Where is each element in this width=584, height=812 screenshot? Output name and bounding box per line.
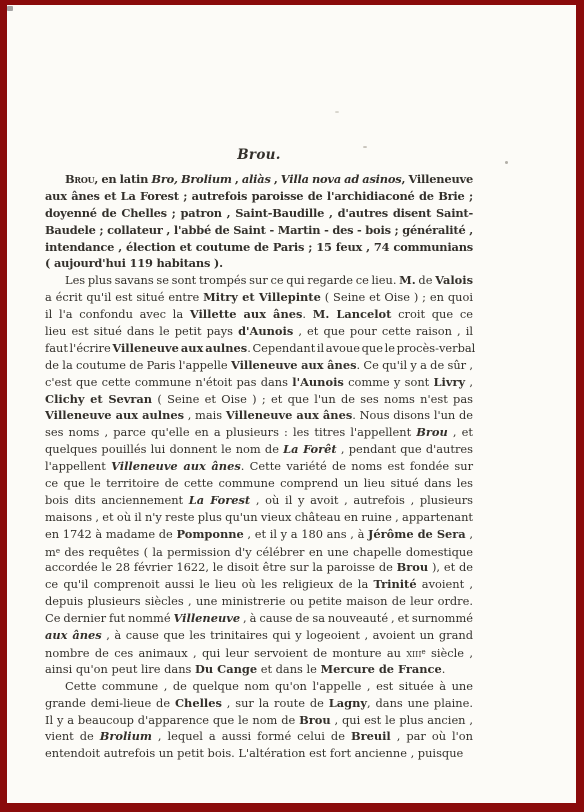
page-content: Brou. Brou, en latin Bro, Brolium , alià… (45, 147, 473, 762)
text-line: bois dits anciennement La Forest , où il… (45, 492, 473, 509)
text-line: ce qu'il comprenoit aussi le lieu où les… (45, 576, 473, 593)
text-line: vient de Brolium , lequel a aussi formé … (45, 728, 473, 745)
text-line: faut l'écrire Villeneuve aux aulnes. Cep… (45, 340, 473, 357)
text-line: aux ânes et La Forest ; autrefois parois… (45, 188, 473, 205)
text-line: il l'a confondu avec la Villette aux âne… (45, 306, 473, 323)
scan-frame: Brou. Brou, en latin Bro, Brolium , alià… (0, 0, 584, 812)
page-text: Brou, en latin Bro, Brolium , aliàs , Vi… (45, 171, 473, 762)
text-line: Ce dernier fut nommé Villeneuve , à caus… (45, 610, 473, 627)
scan-speck (335, 111, 339, 113)
text-line: c'est que cette commune n'étoit pas dans… (45, 374, 473, 391)
text-line: ses noms , parce qu'elle en a plusieurs … (45, 424, 473, 441)
text-line: Clichy et Sevran ( Seine et Oise ) ; et … (45, 391, 473, 408)
text-line: Les plus savans se sont trompés sur ce q… (45, 272, 473, 289)
text-line: ( aujourd'hui 119 habitans ). (45, 255, 473, 272)
text-line: lieu est situé dans le petit pays d'Auno… (45, 323, 473, 340)
text-line: Baudele ; collateur , l'abbé de Saint - … (45, 222, 473, 239)
text-line: ainsi qu'on peut lire dans Du Cange et d… (45, 661, 473, 678)
text-line: grande demi-lieue de Chelles , sur la ro… (45, 695, 473, 712)
text-line: me des requêtes ( la permission d'y célé… (45, 543, 473, 560)
book-page: Brou. Brou, en latin Bro, Brolium , alià… (7, 5, 576, 803)
scan-speck (7, 6, 13, 11)
text-line: de la coutume de Paris l'appelle Villene… (45, 357, 473, 374)
text-line: Brou, en latin Bro, Brolium , aliàs , Vi… (45, 171, 473, 188)
text-line: depuis plusieurs siècles , une ministrer… (45, 593, 473, 610)
text-line: nombre de ces animaux , qui leur servoie… (45, 644, 473, 661)
text-line: ce que le territoire de cette commune co… (45, 475, 473, 492)
text-line: l'appellent Villeneuve aux ânes. Cette v… (45, 458, 473, 475)
text-line: Cette commune , de quelque nom qu'on l'a… (45, 678, 473, 695)
text-line: a écrit qu'il est situé entre Mitry et V… (45, 289, 473, 306)
text-line: quelques pouillés lui donnent le nom de … (45, 441, 473, 458)
text-line: Villeneuve aux aulnes , mais Villeneuve … (45, 407, 473, 424)
text-line: intendance , élection et coutume de Pari… (45, 239, 473, 256)
text-line: en 1742 à madame de Pomponne , et il y a… (45, 526, 473, 543)
text-line: entendoit autrefois un petit bois. L'alt… (45, 745, 473, 762)
text-line: accordée le 28 février 1622, le disoit ê… (45, 559, 473, 576)
scan-speck (505, 161, 508, 164)
text-line: aux ânes , à cause que les trinitaires q… (45, 627, 473, 644)
text-line: doyenné de Chelles ; patron , Saint-Baud… (45, 205, 473, 222)
page-title: Brou. (45, 147, 473, 164)
text-line: maisons , et où il n'y reste plus qu'un … (45, 509, 473, 526)
text-line: Il y a beaucoup d'apparence que le nom d… (45, 712, 473, 729)
